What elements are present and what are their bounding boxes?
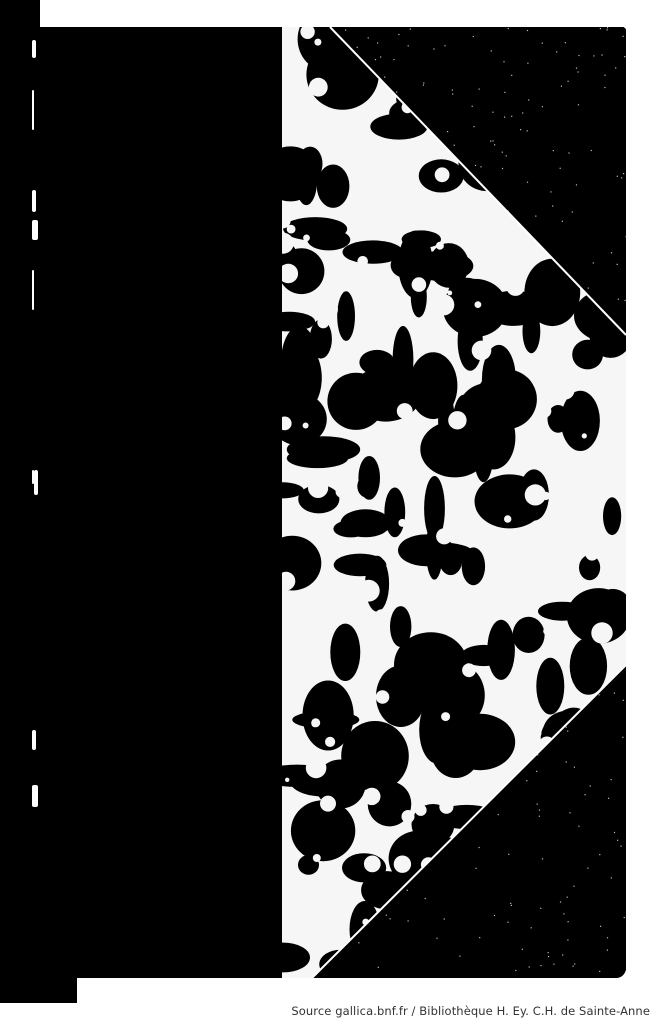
scanned-page: Source gallica.bnf.fr / Bibliothèque H. … xyxy=(0,0,656,1024)
source-credit: Source gallica.bnf.fr / Bibliothèque H. … xyxy=(291,1004,650,1018)
leather-corners xyxy=(40,27,626,978)
book-spine-foot xyxy=(0,978,77,1003)
book-cover xyxy=(40,27,626,978)
